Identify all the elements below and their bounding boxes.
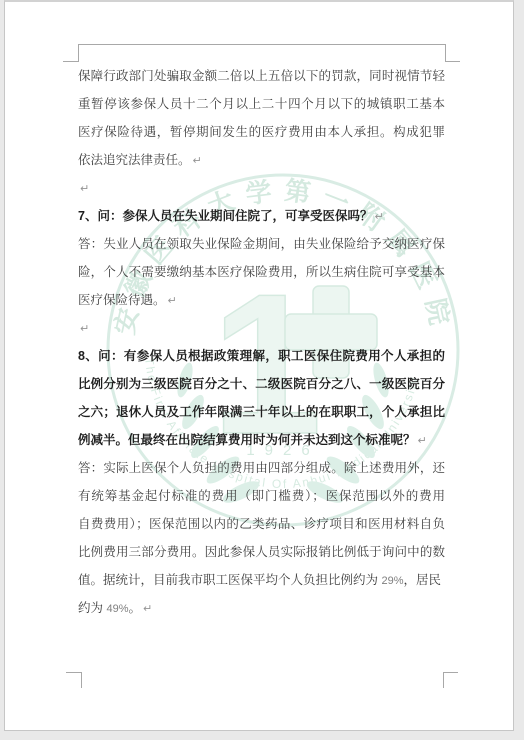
paragraph-mark: ↵ [143, 603, 152, 615]
text-line: 医疗保险待遇。↵ [78, 286, 445, 314]
boundary-mark-top-left-v [78, 44, 79, 62]
percentage-value: 49% [106, 603, 128, 615]
text-line: 自费费用）；医保范围以内的乙类药品、诊疗项目和医用材料自负 [78, 510, 445, 538]
text-line: 依法追究法律责任。↵ [78, 146, 445, 174]
document-body: 保障行政部门处骗取金额二倍以上五倍以下的罚款，同时视情节轻 重暂停该参保人员十二… [78, 62, 445, 622]
boundary-mark-top-right-h [445, 61, 460, 62]
boundary-mark-bottom-left-h [66, 672, 81, 673]
boundary-mark-top-right-v [445, 44, 446, 62]
boundary-mark-top-left-h [63, 61, 78, 62]
document-page-view: 安徽医科大学第一附属医院 The First Affiliate Hospita… [0, 0, 524, 740]
paragraph-mark: ↵ [418, 435, 427, 447]
text-line: 约为 49%。↵ [78, 594, 445, 622]
text-line: 保障行政部门处骗取金额二倍以上五倍以下的罚款，同时视情节轻 [78, 62, 445, 90]
text-line: 答：失业人员在领取失业保险金期间，由失业保险给予交纳医疗保 [78, 230, 445, 258]
paragraph-mark: ↵ [80, 323, 89, 335]
text-line: 险，个人不需要缴纳基本医疗保险费用，所以生病住院可享受基本 [78, 258, 445, 286]
question-8-heading: 8、问：有参保人员根据政策理解，职工医保住院费用个人承担的 [78, 342, 445, 370]
text-line: 有统筹基金起付标准的费用（即门槛费）；医保范围以外的费用（即 [78, 482, 445, 510]
text-line: 重暂停该参保人员十二个月以上二十四个月以下的城镇职工基本 [78, 90, 445, 118]
empty-line: ↵ [78, 174, 445, 202]
percentage-value: 29% [381, 575, 403, 587]
paragraph-mark: ↵ [193, 155, 202, 167]
paragraph-mark: ↵ [80, 183, 89, 195]
question-8-heading: 例减半。但最终在出院结算费用时为何并未达到这个标准呢？↵ [78, 426, 445, 454]
paragraph-mark: ↵ [168, 295, 177, 307]
header-boundary-line [78, 44, 445, 45]
text-line: 医疗保险待遇，暂停期间发生的医疗费用由本人承担。构成犯罪的， [78, 118, 445, 146]
boundary-mark-bottom-right-h [443, 672, 458, 673]
boundary-mark-bottom-left-v [81, 672, 82, 688]
text-line: 比例费用三部分费用。因此参保人员实际报销比例低于询问中的数 [78, 538, 445, 566]
text-line: 值。据统计，目前我市职工医保平均个人负担比例约为 29%，居民 [78, 566, 445, 594]
paragraph-mark: ↵ [374, 211, 383, 223]
text-line: 答：实际上医保个人负担的费用由四部分组成。除上述费用外，还 [78, 454, 445, 482]
boundary-mark-bottom-right-v [443, 672, 444, 688]
empty-line: ↵ [78, 314, 445, 342]
question-8-heading: 之六；退休人员及工作年限满三十年以上的在职职工，个人承担比 [78, 398, 445, 426]
question-7-heading: 7、问：参保人员在失业期间住院了，可享受医保吗？↵ [78, 202, 445, 230]
question-8-heading: 比例分别为三级医院百分之十、二级医院百分之八、一级医院百分 [78, 370, 445, 398]
